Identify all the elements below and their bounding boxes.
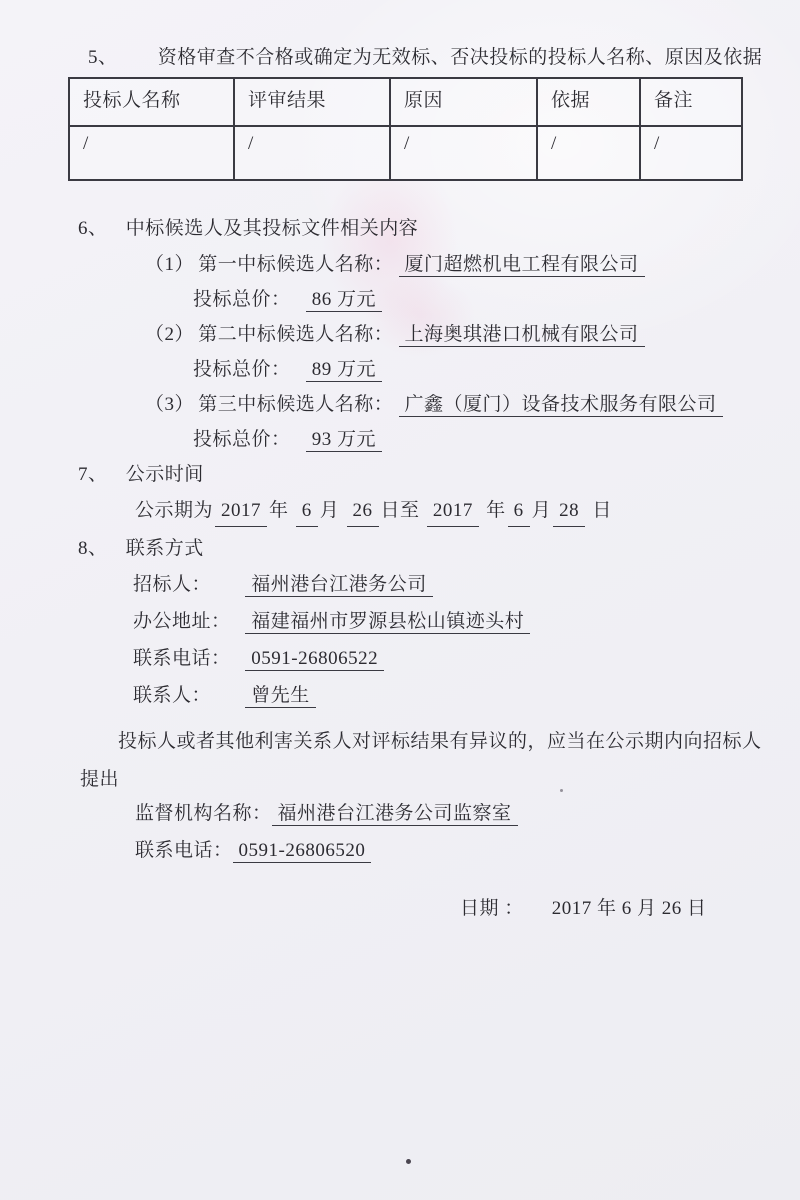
candidate-1-price-label: 投标总价： bbox=[193, 289, 291, 310]
contact-label-address: 办公地址： bbox=[133, 608, 240, 636]
table-header-row: 投标人名称 评审结果 原因 依据 备注 bbox=[69, 78, 742, 126]
candidate-3-company-name: 广鑫（厦门）设备技术服务有限公司 bbox=[399, 394, 723, 417]
contact-label-person: 联系人： bbox=[133, 682, 240, 710]
contact-row-phone: 联系电话： 0591-26806522 bbox=[133, 645, 800, 673]
date-line: 日期 ：2017 年 6 月 26 日 bbox=[460, 895, 800, 923]
contact-value-phone: 0591-26806522 bbox=[245, 648, 384, 671]
supervision-phone-line: 联系电话：0591-26806520 bbox=[135, 837, 800, 865]
date-label: 日期 ： bbox=[460, 898, 524, 919]
objection-paragraph: 投标人或者其他利害关系人对评标结果有异议的，应当在公示期内向招标人 提出 bbox=[0, 728, 800, 794]
document-content: 5、 资格审查不合格或确定为无效标、否决投标的投标人名称、原因及依据 投标人名称… bbox=[0, 0, 800, 923]
candidate-2-index: （2） bbox=[145, 321, 193, 349]
section6-heading: 6、 中标候选人及其投标文件相关内容 bbox=[78, 215, 800, 243]
candidate-3-price-label: 投标总价： bbox=[193, 429, 291, 450]
candidate-3-index: （3） bbox=[145, 391, 193, 419]
section8-number: 8、 bbox=[78, 535, 108, 563]
table-header-bidder-name: 投标人名称 bbox=[69, 78, 234, 126]
period-year-label-1: 年 bbox=[267, 497, 291, 525]
contact-row-address: 办公地址： 福建福州市罗源县松山镇迹头村 bbox=[133, 608, 800, 636]
period-end-label: 日 bbox=[590, 497, 614, 525]
candidate-1-name-line: （1） 第一中标候选人名称： 厦门超燃机电工程有限公司 bbox=[145, 251, 800, 279]
candidate-2-price-line: 投标总价： 89 万元 bbox=[193, 356, 800, 384]
candidate-1-price-value: 86 万元 bbox=[306, 289, 382, 312]
candidate-3-price-value: 93 万元 bbox=[306, 429, 382, 452]
candidate-2-price-value: 89 万元 bbox=[306, 359, 382, 382]
candidate-2-price-label: 投标总价： bbox=[193, 359, 291, 380]
section5-title: 资格审查不合格或确定为无效标、否决投标的投标人名称、原因及依据 bbox=[158, 44, 763, 72]
date-value: 2017 年 6 月 26 日 bbox=[552, 898, 707, 919]
disqualified-bidders-table: 投标人名称 评审结果 原因 依据 备注 / / / / / bbox=[68, 77, 743, 181]
period-start-month: 6 bbox=[296, 497, 318, 527]
publicity-period-line: 公示期为2017年 6月 26日至 2017 年6月28 日 bbox=[133, 497, 800, 527]
contact-label-phone: 联系电话： bbox=[133, 645, 240, 673]
supervision-phone-label: 联系电话： bbox=[135, 840, 233, 861]
supervision-name-value: 福州港台江港务公司监察室 bbox=[272, 803, 518, 826]
contact-label-tenderer: 招标人： bbox=[133, 571, 240, 599]
table-cell-review-result: / bbox=[234, 126, 390, 180]
objection-line-1: 投标人或者其他利害关系人对评标结果有异议的，应当在公示期内向招标人 bbox=[118, 728, 800, 756]
table-cell-remark: / bbox=[640, 126, 742, 180]
period-mid-label: 日至 bbox=[379, 497, 422, 525]
supervision-name-label: 监督机构名称： bbox=[135, 803, 272, 824]
objection-line-2: 提出 bbox=[80, 766, 800, 794]
period-end-year: 2017 bbox=[427, 497, 479, 527]
candidate-2-company-name: 上海奥琪港口机械有限公司 bbox=[399, 324, 645, 347]
period-year-label-2: 年 bbox=[484, 497, 508, 525]
ink-speck bbox=[406, 1159, 411, 1164]
table-data-row: / / / / / bbox=[69, 126, 742, 180]
candidate-1-company-name: 厦门超燃机电工程有限公司 bbox=[399, 254, 645, 277]
section6-title: 中标候选人及其投标文件相关内容 bbox=[126, 215, 419, 243]
section7-number: 7、 bbox=[78, 461, 108, 489]
section8-title: 联系方式 bbox=[126, 535, 204, 563]
ink-speck-small bbox=[560, 789, 563, 792]
period-end-day: 28 bbox=[553, 497, 585, 527]
scanned-document-page: 5、 资格审查不合格或确定为无效标、否决投标的投标人名称、原因及依据 投标人名称… bbox=[0, 0, 800, 1200]
table-cell-reason: / bbox=[390, 126, 537, 180]
contact-row-person: 联系人： 曾先生 bbox=[133, 682, 800, 710]
candidate-3-price-line: 投标总价： 93 万元 bbox=[193, 426, 800, 454]
candidate-1-price-line: 投标总价： 86 万元 bbox=[193, 286, 800, 314]
candidate-1-index: （1） bbox=[145, 251, 193, 279]
period-start-year: 2017 bbox=[215, 497, 267, 527]
section6-number: 6、 bbox=[78, 215, 108, 243]
candidate-2-label: 第二中标候选人名称： bbox=[198, 324, 393, 345]
period-start-day: 26 bbox=[347, 497, 379, 527]
candidate-3-label: 第三中标候选人名称： bbox=[198, 394, 393, 415]
period-month-label-1: 月 bbox=[318, 497, 342, 525]
section7-heading: 7、 公示时间 bbox=[78, 461, 800, 489]
table-cell-basis: / bbox=[537, 126, 640, 180]
table-header-remark: 备注 bbox=[640, 78, 742, 126]
candidate-2-name-line: （2） 第二中标候选人名称： 上海奥琪港口机械有限公司 bbox=[145, 321, 800, 349]
table-header-reason: 原因 bbox=[390, 78, 537, 126]
supervision-phone-value: 0591-26806520 bbox=[233, 840, 372, 863]
contact-value-tenderer: 福州港台江港务公司 bbox=[245, 574, 433, 597]
table-header-review-result: 评审结果 bbox=[234, 78, 390, 126]
table-cell-bidder-name: / bbox=[69, 126, 234, 180]
period-month-label-2: 月 bbox=[530, 497, 554, 525]
period-prefix: 公示期为 bbox=[133, 497, 215, 525]
period-end-month: 6 bbox=[508, 497, 530, 527]
candidate-1-label: 第一中标候选人名称： bbox=[198, 254, 393, 275]
table-header-basis: 依据 bbox=[537, 78, 640, 126]
section5-heading: 5、 资格审查不合格或确定为无效标、否决投标的投标人名称、原因及依据 bbox=[88, 44, 800, 72]
section7-title: 公示时间 bbox=[126, 461, 204, 489]
section5-number: 5、 bbox=[88, 44, 118, 72]
candidate-3-name-line: （3） 第三中标候选人名称： 广鑫（厦门）设备技术服务有限公司 bbox=[145, 391, 800, 419]
section8-heading: 8、 联系方式 bbox=[78, 535, 800, 563]
contact-row-tenderer: 招标人： 福州港台江港务公司 bbox=[133, 571, 800, 599]
contact-value-person: 曾先生 bbox=[245, 685, 316, 708]
supervision-name-line: 监督机构名称：福州港台江港务公司监察室 bbox=[135, 800, 800, 828]
contact-value-address: 福建福州市罗源县松山镇迹头村 bbox=[245, 611, 530, 634]
